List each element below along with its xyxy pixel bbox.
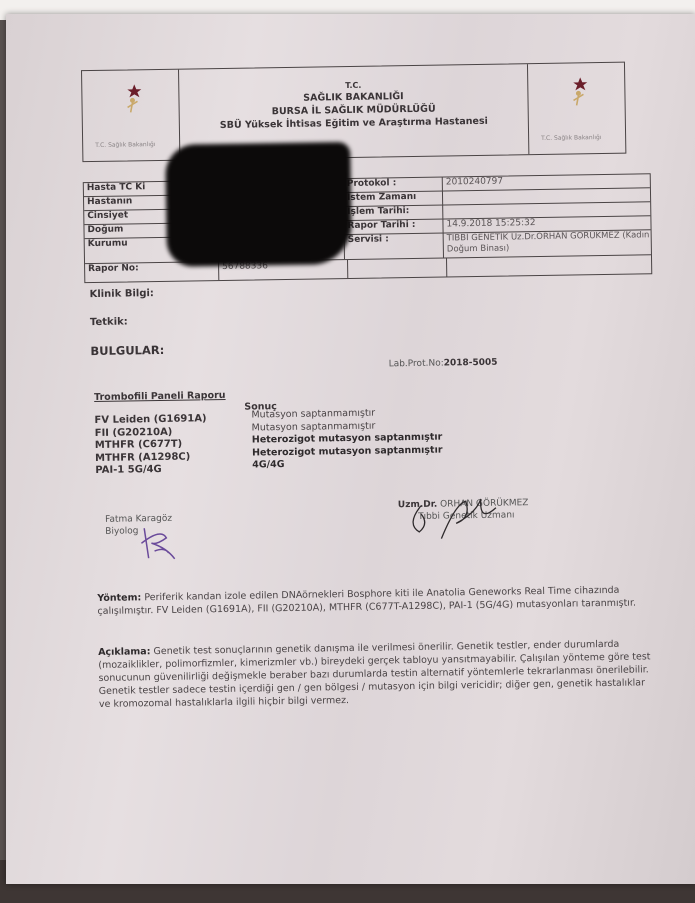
test-name: FV Leiden (G1691A) [94,413,206,427]
redaction-mark [165,142,352,267]
test-name: PAI-1 5G/4G [95,463,207,477]
value-service: TIBBİ GENETİK Uz.Dr.ORHAN GÖRÜKMEZ (Kadı… [444,230,651,257]
label-test: Tetkik: [90,316,128,328]
logo-right: T.C. Sağlık Bakanlığı [527,63,625,155]
lab-protocol-no: Lab.Prot.No:2018-5005 [389,358,498,370]
lab-protocol-value: 2018-5005 [444,358,498,369]
method-text: Periferik kandan izole edilen DNAörnekle… [97,585,636,617]
label-findings: BULGULAR: [90,343,164,358]
report-document: T.C. Sağlık Bakanlığı T.C. SAĞLIK BAKANL… [0,0,695,903]
test-list: FV Leiden (G1691A) FII (G20210A) MTHFR (… [94,413,207,477]
result-list: Mutasyon saptanmamıştır Mutasyon saptanm… [251,407,442,472]
logo-left: T.C. Sağlık Bakanlığı [82,70,180,162]
lab-protocol-label: Lab.Prot.No: [389,359,444,370]
explanation-text: Genetik test sonuçlarının genetik danışm… [98,639,650,710]
signature-scribble-icon [401,492,512,544]
label-process-date: İşlem Tarihi: [344,206,443,221]
test-result: 4G/4G [252,457,443,472]
label-report-date: Rapor Tarihi : [344,220,443,235]
signature-scribble-icon [136,523,182,564]
logo-caption: T.C. Sağlık Bakanlığı [95,141,155,149]
logo-caption: T.C. Sağlık Bakanlığı [541,134,601,142]
method-label: Yöntem: [97,592,141,604]
label-service: Servisi : [345,234,444,260]
letterhead: T.C. Sağlık Bakanlığı T.C. SAĞLIK BAKANL… [81,62,626,163]
method-paragraph: Yöntem: Periferik kandan izole edilen DN… [97,583,652,618]
ministry-logo-icon [558,75,599,121]
label-clinical-info: Klinik Bilgi: [89,288,154,300]
label-protocol: Protokol : [344,178,443,193]
ministry-logo-icon [112,82,153,128]
explanation-paragraph: Açıklama: Genetik test sonuçlarının gene… [98,637,654,711]
panel-title: Trombofili Paneli Raporu [94,390,226,403]
label-request-time: İstem Zamanı [344,192,443,207]
explanation-label: Açıklama: [98,646,151,658]
